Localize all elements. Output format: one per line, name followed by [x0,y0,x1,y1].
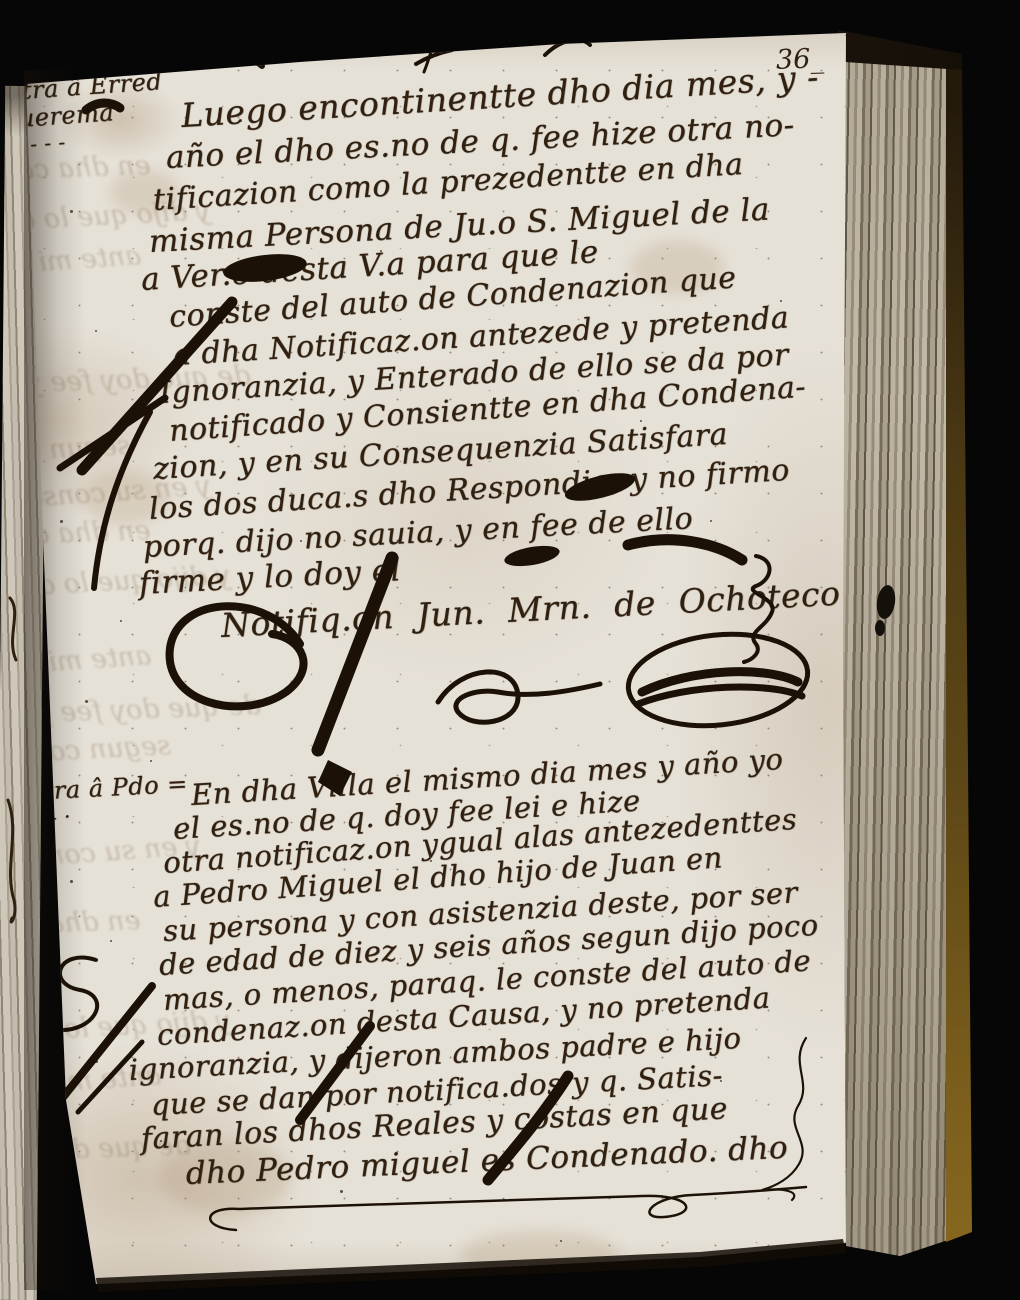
margin-note-mid-line1: otra â Pdo = [28,770,188,806]
ink-speck [110,940,112,942]
ink-speck [70,210,73,213]
margin-note-mid-line2: — · [36,804,71,830]
margin-wavy-flourish [762,1038,806,1200]
ink-stroke [232,60,262,66]
ink-speck [120,620,122,622]
ink-blob [503,542,561,569]
ink-speck [95,1060,98,1063]
ink-speck [340,1190,343,1193]
ink-speck [95,330,97,332]
ink-speck [85,700,88,703]
ink-stroke [628,540,742,560]
foxing-stain [460,1230,620,1280]
invocation-cross-mark [416,50,452,64]
oval-rubric-fill [638,687,802,704]
ink-speck [560,1240,562,1242]
signature-rubric [438,672,600,722]
invocation-cross-mark [424,42,434,72]
ink-speck [70,880,73,883]
ink-speck [150,760,152,762]
manuscript-scan-backdrop: 36_ otra â Erred querema 5- - - - otra â… [0,0,1020,1300]
ink-speck [60,520,63,523]
ink-speck [710,520,712,522]
ink-stroke [545,40,590,55]
oval-rubric-fill [642,672,798,692]
closing-rule-flourish [210,1187,806,1230]
oval-rubric [624,626,812,734]
